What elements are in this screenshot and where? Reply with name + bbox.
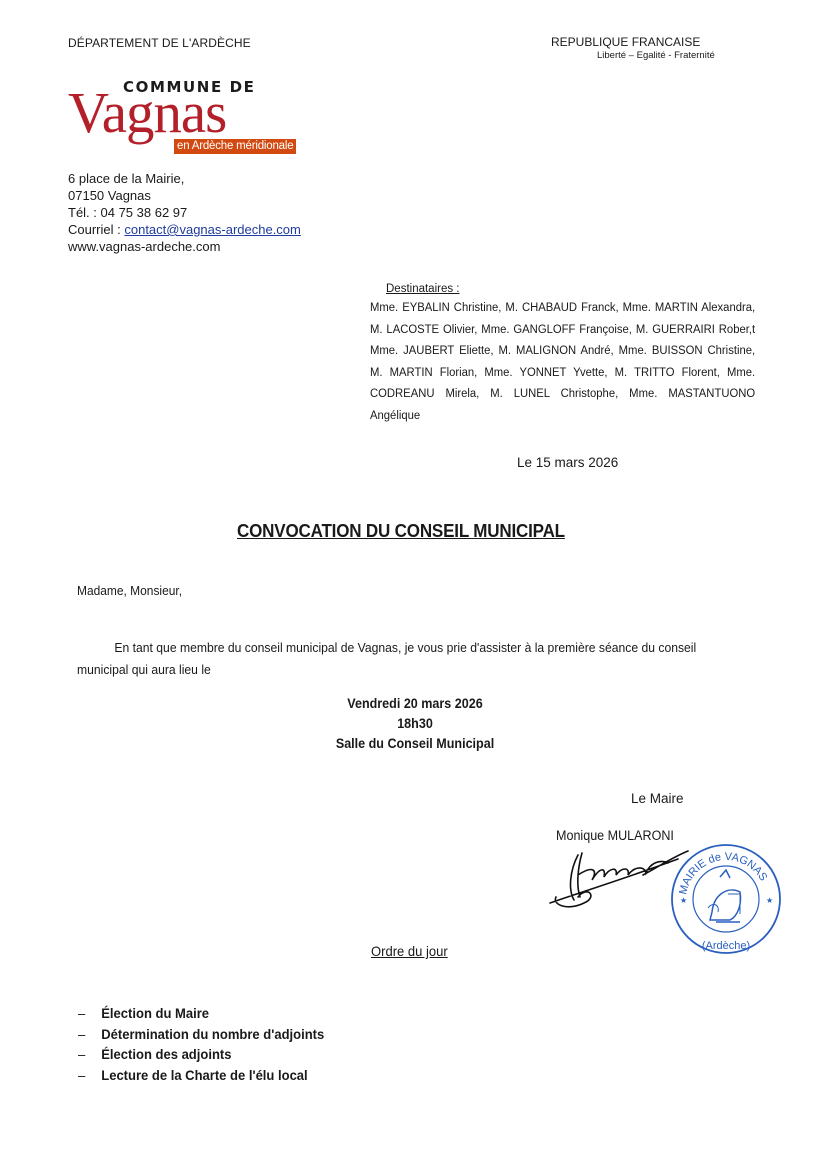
commune-address: 6 place de la Mairie, 07150 Vagnas Tél. … — [68, 170, 301, 255]
agenda-item: –Lecture de la Charte de l'élu local — [78, 1065, 324, 1086]
logo-tagline: en Ardèche méridionale — [174, 139, 296, 154]
meeting-place: Salle du Conseil Municipal — [308, 734, 522, 754]
salutation: Madame, Monsieur, — [77, 583, 182, 598]
department-header: DÉPARTEMENT DE L'ARDÈCHE — [68, 36, 251, 50]
dash-bullet-icon: – — [78, 1003, 101, 1024]
dash-bullet-icon: – — [78, 1044, 101, 1065]
email-link[interactable]: contact@vagnas-ardeche.com — [124, 222, 301, 237]
agenda-title: Ordre du jour — [371, 943, 448, 959]
agenda-item: –Élection du Maire — [78, 1003, 324, 1024]
republic-header: REPUBLIQUE FRANCAISE — [551, 35, 700, 49]
logo-vagnas: Vagnas — [68, 84, 226, 142]
agenda-item: –Détermination du nombre d'adjoints — [78, 1024, 324, 1045]
signatory-name: Monique MULARONI — [556, 828, 674, 843]
dash-bullet-icon: – — [78, 1065, 101, 1086]
svg-text:(Ardèche): (Ardèche) — [702, 940, 750, 952]
signatory-title: Le Maire — [631, 791, 684, 806]
recipients-label: Destinataires : — [386, 283, 460, 295]
town-hall-stamp-icon: MAIRIE de VAGNAS (Ardèche) ★ ★ — [670, 842, 782, 957]
recipients-list: Mme. EYBALIN Christine, M. CHABAUD Franc… — [370, 298, 755, 427]
address-email-line: Courriel : contact@vagnas-ardeche.com — [68, 221, 301, 238]
dash-bullet-icon: – — [78, 1024, 101, 1045]
letter-body: En tant que membre du conseil municipal … — [77, 637, 722, 681]
meeting-details: Vendredi 20 mars 2026 18h30 Salle du Con… — [308, 694, 522, 754]
letter-body-text: En tant que membre du conseil municipal … — [77, 640, 696, 677]
address-website: www.vagnas-ardeche.com — [68, 238, 301, 255]
svg-text:★: ★ — [680, 896, 687, 905]
address-city: 07150 Vagnas — [68, 187, 301, 204]
meeting-date: Vendredi 20 mars 2026 — [308, 694, 522, 714]
agenda-item: –Élection des adjoints — [78, 1044, 324, 1065]
address-phone: Tél. : 04 75 38 62 97 — [68, 204, 301, 221]
letter-title: CONVOCATION DU CONSEIL MUNICIPAL — [237, 520, 565, 542]
republic-motto: Liberté – Egalité - Fraternité — [597, 50, 715, 61]
commune-logo: COMMUNE DE Vagnas en Ardèche méridionale — [68, 78, 308, 158]
email-label: Courriel : — [68, 222, 124, 237]
address-street: 6 place de la Mairie, — [68, 170, 301, 187]
letter-date: Le 15 mars 2026 — [517, 455, 618, 470]
meeting-time: 18h30 — [308, 714, 522, 734]
agenda-list: –Élection du Maire –Détermination du nom… — [78, 1003, 343, 1085]
svg-text:★: ★ — [766, 896, 773, 905]
